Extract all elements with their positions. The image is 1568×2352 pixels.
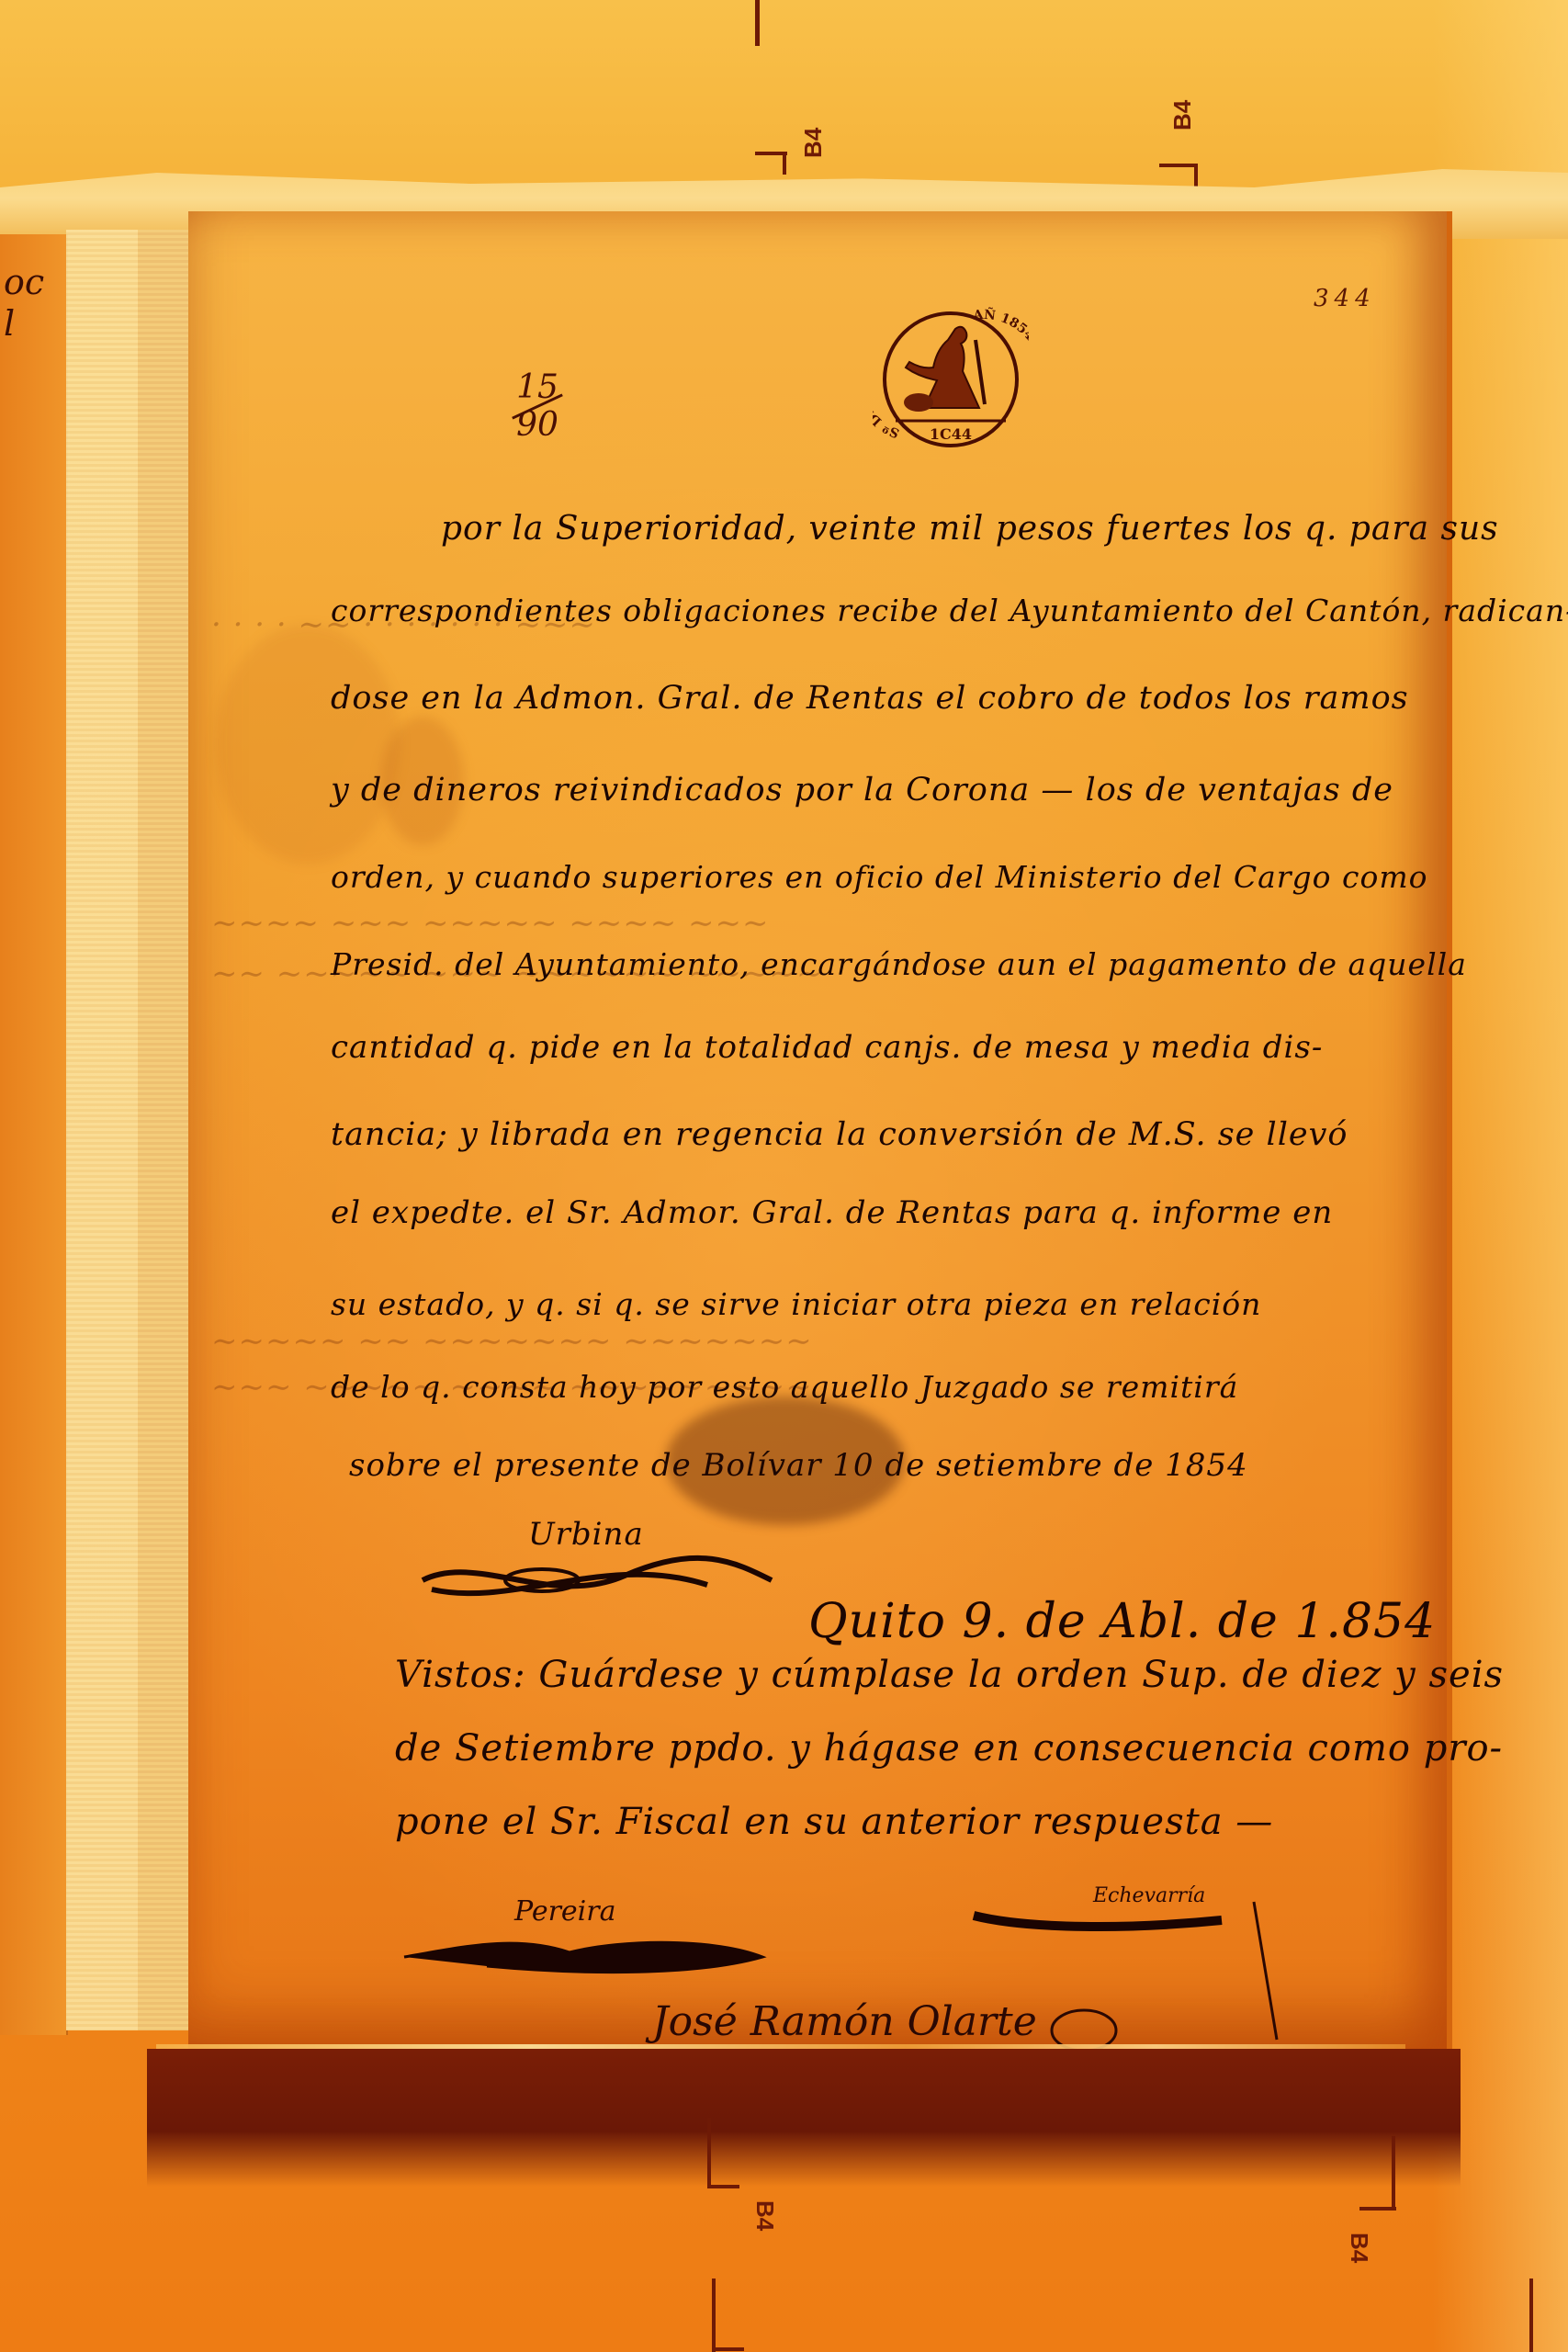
folio-mark: 15 90 (510, 372, 565, 441)
manuscript-line: dose en la Admon. Gral. de Rentas el cob… (331, 680, 1409, 717)
manuscript-line: por la Superioridad, veinte mil pesos fu… (441, 510, 1499, 548)
page-number: 344 (1314, 285, 1376, 312)
signature-jose-ramon-olarte: José Ramón Olarte (645, 1998, 1037, 2045)
manuscript-line: tancia; y librada en regencia la convers… (331, 1116, 1348, 1153)
manuscript-line: de lo q. consta hoy por esto aquello Juz… (331, 1369, 1238, 1405)
bleed-through-text: ∼∼∼∼ ∼∼∼ ∼∼∼∼∼ ∼∼∼∼ ∼∼∼ (211, 905, 770, 942)
left-page-fragment: l (4, 303, 15, 344)
decree-line: de Setiembre ppdo. y hágase en consecuen… (395, 1727, 1503, 1770)
manuscript-line: y de dineros reivindicados por la Corona… (331, 772, 1393, 808)
binding-tape (66, 230, 140, 2030)
manuscript-line: orden, y cuando superiores en oficio del… (331, 859, 1428, 895)
left-page-fragment: oc (4, 262, 44, 302)
register-label-top-right: B4 (1168, 100, 1197, 130)
register-mark-bottom-v (707, 2118, 711, 2187)
water-stain (216, 625, 400, 864)
manuscript-line: Presid. del Ayuntamiento, encargándose a… (331, 946, 1467, 982)
register-mark-top-right-h (1159, 164, 1196, 167)
register-mark-top-vertical (755, 0, 760, 46)
register-mark-bottom-h (707, 2185, 739, 2188)
manuscript-line: sobre el presente de Bolívar 10 de setie… (349, 1447, 1248, 1484)
register-mark-lower-right-v (1529, 2278, 1533, 2352)
bleed-through-text: ∼∼∼∼∼ ∼∼ ∼∼∼∼∼∼∼ ∼∼∼∼∼∼∼ (211, 1323, 813, 1360)
register-label-bottom-center: B4 (750, 2200, 779, 2231)
register-label-top-center: B4 (799, 128, 828, 158)
decree-line: pone el Sr. Fiscal en su anterior respue… (395, 1801, 1273, 1843)
decree-line: Vistos: Guárdese y cúmplase la orden Sup… (395, 1654, 1504, 1696)
signature-pereira: Pereira (513, 1895, 616, 1928)
register-mark-lower-left-v (712, 2278, 716, 2352)
date-line: Quito 9. de Abl. de 1.854 (808, 1594, 1436, 1649)
official-seal-icon: Sº DE OFICIO AÑ 1854 Y 55 1C44 (873, 292, 1029, 476)
register-mark-top-tick (783, 152, 786, 175)
manuscript-line: su estado, y q. si q. se sirve iniciar o… (331, 1286, 1261, 1322)
background-light-right (1433, 0, 1568, 2352)
manuscript-line: el expedte. el Sr. Admor. Gral. de Renta… (331, 1194, 1333, 1231)
left-page-edge: oc l (0, 234, 68, 2035)
seal-bottom-text: 1C44 (930, 425, 972, 443)
register-label-bottom-right: B4 (1345, 2233, 1373, 2263)
register-mark-lower-left-h (712, 2347, 744, 2351)
register-mark-bottom-right-h (1359, 2207, 1396, 2211)
manuscript-line: cantidad q. pide en la totalidad canjs. … (331, 1029, 1323, 1066)
page-shadow (147, 2049, 1461, 2187)
manuscript-line: correspondientes obligaciones recibe del… (331, 593, 1568, 628)
signature-flourish-icon (404, 1543, 790, 1617)
signature-echevarria: Echevarría (1092, 1884, 1205, 1907)
register-mark-bottom-right-v (1392, 2136, 1395, 2210)
